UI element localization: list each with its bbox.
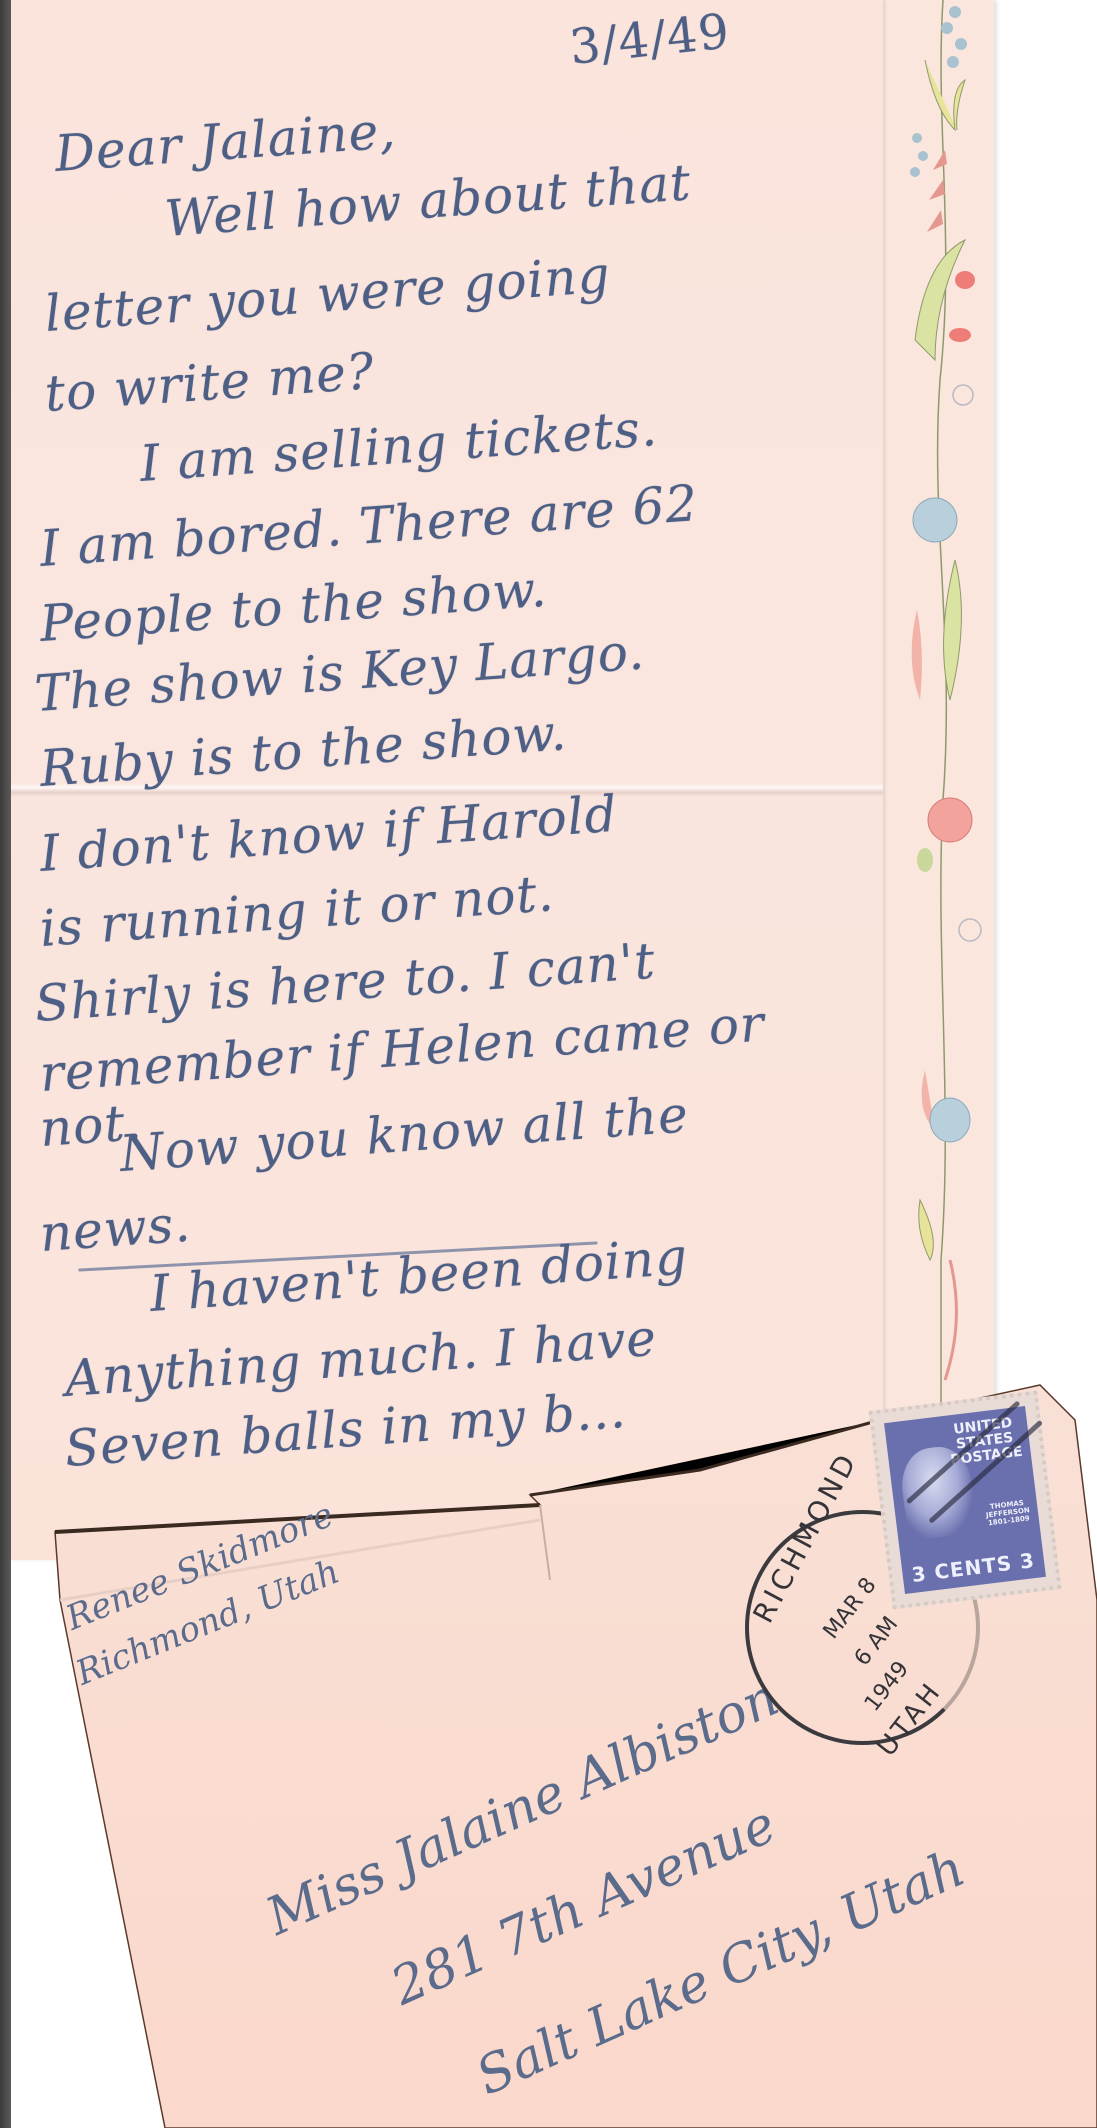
stamp-caption-line: THOMAS: [985, 1498, 1030, 1511]
stamp-caption-line: 1801-1809: [987, 1514, 1032, 1527]
stamp-value: 3 CENTS 3: [901, 1547, 1045, 1588]
stamp-caption-line: JEFFERSON: [986, 1506, 1031, 1519]
stamp-face: UNITED STATES POSTAGE THOMAS JEFFERSON 1…: [884, 1406, 1046, 1594]
floral-border-decoration: [895, 0, 990, 1420]
stamp-portrait-caption: THOMAS JEFFERSON 1801-1809: [985, 1498, 1032, 1527]
postmark-date: MAR 8: [819, 1573, 882, 1644]
cancellation-mark: [928, 1420, 1043, 1524]
stamp-country-line: POSTAGE: [950, 1445, 1024, 1469]
stamp-country-line: STATES: [948, 1430, 1022, 1454]
recipient-street: 281 7th Avenue: [383, 1795, 785, 2018]
jefferson-portrait-icon: [898, 1443, 978, 1541]
recipient-city: Salt Lake City, Utah: [468, 1838, 974, 2107]
postmark-state: UTAH: [872, 1676, 949, 1762]
scanner-edge: [0, 0, 11, 2128]
letter-line: news.: [38, 1195, 193, 1263]
postmark-time: 6 AM: [850, 1612, 904, 1671]
postmark-year: 1949: [860, 1657, 914, 1717]
recipient-name: Miss Jalaine Albiston: [258, 1668, 788, 1948]
return-address-city: Richmond, Utah: [71, 1552, 345, 1694]
stamp-country: UNITED STATES POSTAGE: [946, 1415, 1024, 1469]
postage-stamp: UNITED STATES POSTAGE THOMAS JEFFERSON 1…: [868, 1390, 1061, 1609]
